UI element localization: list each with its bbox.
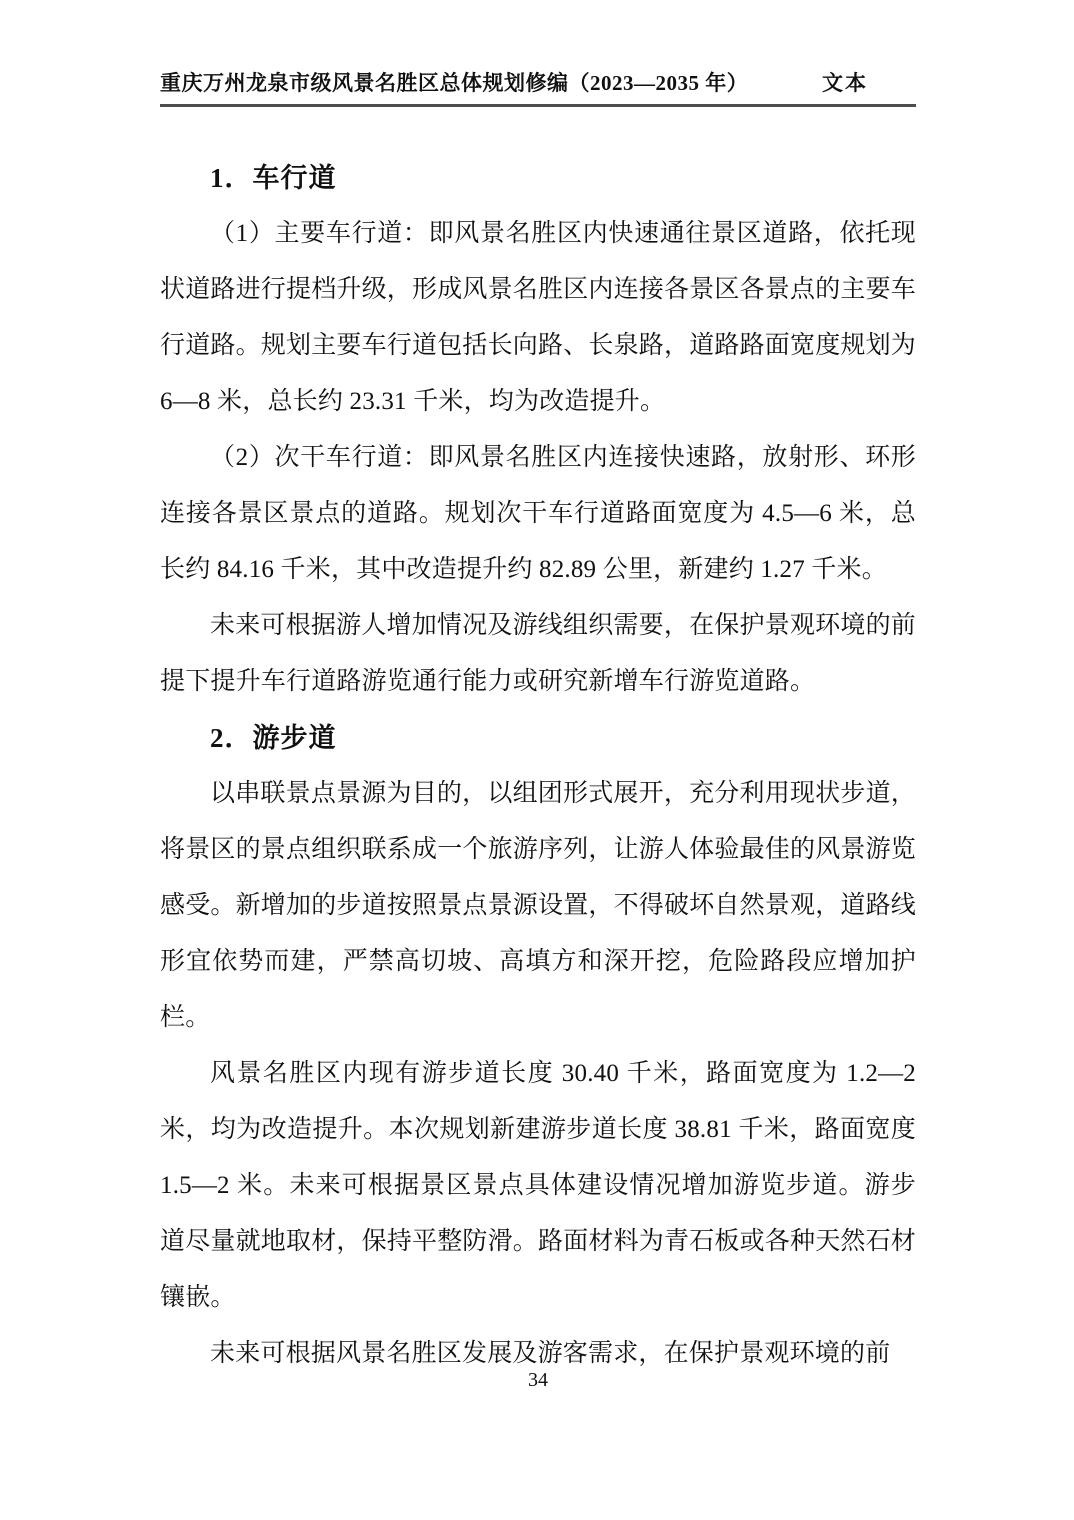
- page-number: 34: [528, 1369, 548, 1391]
- section-heading: 2．游步道: [160, 710, 916, 766]
- section-heading: 1．车行道: [160, 150, 916, 206]
- header-rule: [160, 104, 916, 107]
- header-row: 重庆万州龙泉市级风景名胜区总体规划修编（2023—2035 年） 文本: [160, 68, 916, 98]
- body-paragraph: 未来可根据游人增加情况及游线组织需要，在保护景观环境的前提下提升车行道路游览通行…: [160, 598, 916, 710]
- document-body: 1．车行道（1）主要车行道：即风景名胜区内快速通往景区道路，依托现状道路进行提档…: [160, 150, 916, 1382]
- body-paragraph: （1）主要车行道：即风景名胜区内快速通往景区道路，依托现状道路进行提档升级，形成…: [160, 206, 916, 430]
- header-title: 重庆万州龙泉市级风景名胜区总体规划修编（2023—2035 年）: [160, 68, 748, 98]
- page-header: 重庆万州龙泉市级风景名胜区总体规划修编（2023—2035 年） 文本: [160, 68, 916, 98]
- document-page: 重庆万州龙泉市级风景名胜区总体规划修编（2023—2035 年） 文本 1．车行…: [0, 0, 1074, 1520]
- header-doc-type-label: 文本: [822, 68, 868, 98]
- body-paragraph: 风景名胜区内现有游步道长度 30.40 千米，路面宽度为 1.2—2 米，均为改…: [160, 1046, 916, 1326]
- body-paragraph: 以串联景点景源为目的，以组团形式展开，充分利用现状步道，将景区的景点组织联系成一…: [160, 766, 916, 1046]
- page-footer: 34: [160, 1368, 916, 1392]
- body-paragraph: （2）次干车行道：即风景名胜区内连接快速路，放射形、环形连接各景区景点的道路。规…: [160, 430, 916, 598]
